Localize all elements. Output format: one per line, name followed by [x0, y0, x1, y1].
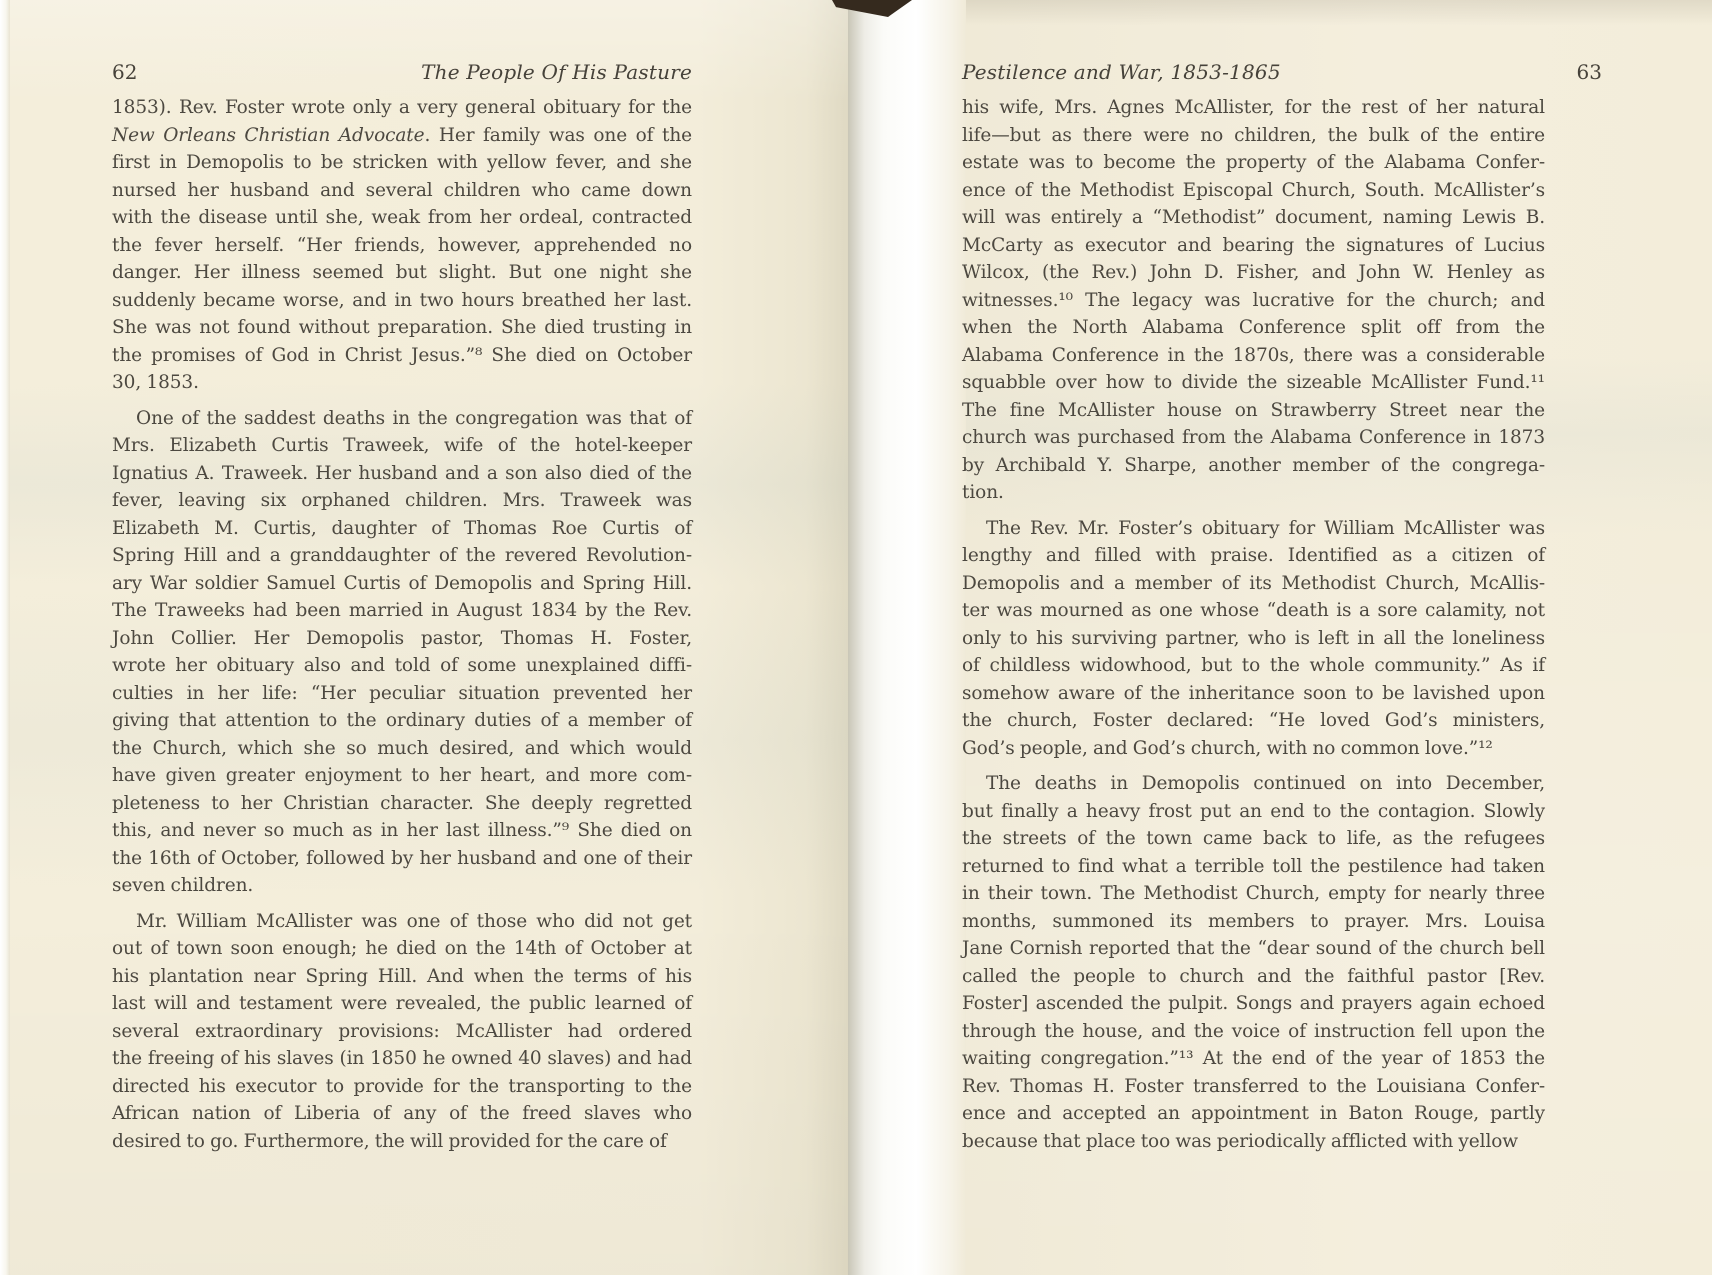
text-line: last will and testament were revealed, t… — [112, 990, 692, 1018]
text-segment: . Her family was one of the — [425, 125, 693, 146]
text-line: church was purchased from the Alabama Co… — [962, 424, 1545, 452]
book-title-italic: New Orleans Christian Advocate — [112, 125, 425, 146]
text-line: The fine McAllister house on Strawberry … — [962, 397, 1545, 425]
paragraph: Mr. William McAllister was one of those … — [112, 908, 692, 1156]
text-line: desired to go. Furthermore, the will pro… — [112, 1128, 692, 1156]
text-line: Wilcox, (the Rev.) John D. Fisher, and J… — [962, 259, 1545, 287]
text-line: Elizabeth M. Curtis, daughter of Thomas … — [112, 515, 692, 543]
text-line: John Collier. Her Demopolis pastor, Thom… — [112, 625, 692, 653]
text-line: by Archibald Y. Sharpe, another member o… — [962, 452, 1545, 480]
text-line: estate was to become the property of the… — [962, 149, 1545, 177]
text-line: The Rev. Mr. Foster’s obituary for Willi… — [962, 515, 1545, 543]
text-line: Ignatius A. Traweek. Her husband and a s… — [112, 460, 692, 488]
left-page: 62 The People Of His Pasture 1853). Rev.… — [10, 0, 848, 1275]
text-line: 1853). Rev. Foster wrote only a very gen… — [112, 94, 692, 122]
text-line: ter was mourned as one whose “death is a… — [962, 597, 1545, 625]
paragraph: 1853). Rev. Foster wrote only a very gen… — [112, 94, 692, 397]
text-line: of childless widowhood, but to the whole… — [962, 652, 1545, 680]
text-line: witnesses.¹⁰ The legacy was lucrative fo… — [962, 287, 1545, 315]
text-line: Spring Hill and a granddaughter of the r… — [112, 542, 692, 570]
text-line: the 16th of October, followed by her hus… — [112, 845, 692, 873]
text-line: the streets of the town came back to lif… — [962, 825, 1545, 853]
text-line: waiting congregation.”¹³ At the end of t… — [962, 1045, 1545, 1073]
text-line: She was not found without preparation. S… — [112, 314, 692, 342]
text-line: Foster] ascended the pulpit. Songs and p… — [962, 990, 1545, 1018]
text-line: ence and accepted an appointment in Bato… — [962, 1100, 1545, 1128]
book-gutter — [848, 0, 966, 1275]
paragraph: One of the saddest deaths in the congreg… — [112, 405, 692, 900]
text-line: pleteness to her Christian character. Sh… — [112, 790, 692, 818]
text-line: in their town. The Methodist Church, emp… — [962, 880, 1545, 908]
text-line: called the people to church and the fait… — [962, 963, 1545, 991]
right-page: Pestilence and War, 1853-1865 63 his wif… — [966, 0, 1712, 1275]
text-line: because that place too was periodically … — [962, 1128, 1545, 1156]
left-page-text: 1853). Rev. Foster wrote only a very gen… — [112, 94, 692, 1155]
text-line: McCarty as executor and bearing the sign… — [962, 232, 1545, 260]
text-line: Alabama Conference in the 1870s, there w… — [962, 342, 1545, 370]
text-line: this, and never so much as in her last i… — [112, 817, 692, 845]
text-line: New Orleans Christian Advocate. Her fami… — [112, 122, 692, 150]
text-line: life—but as there were no children, the … — [962, 122, 1545, 150]
text-line: when the North Alabama Conference split … — [962, 314, 1545, 342]
right-page-header: Pestilence and War, 1853-1865 63 — [962, 60, 1602, 84]
left-page-header: 62 The People Of His Pasture — [112, 60, 692, 84]
scan-edge — [0, 0, 10, 1275]
text-line: lengthy and filled with praise. Identifi… — [962, 542, 1545, 570]
text-line: first in Demopolis to be stricken with y… — [112, 149, 692, 177]
text-line: One of the saddest deaths in the congreg… — [112, 405, 692, 433]
text-line: but finally a heavy frost put an end to … — [962, 798, 1545, 826]
text-line: suddenly became worse, and in two hours … — [112, 287, 692, 315]
text-line: God’s people, and God’s church, with no … — [962, 735, 1545, 763]
text-line: directed his executor to provide for the… — [112, 1073, 692, 1101]
text-line: the promises of God in Christ Jesus.”⁸ S… — [112, 342, 692, 370]
text-line: returned to find what a terrible toll th… — [962, 853, 1545, 881]
text-line: the church, Foster declared: “He loved G… — [962, 707, 1545, 735]
text-line: seven children. — [112, 872, 692, 900]
page-number-left: 62 — [112, 60, 137, 84]
text-line: only to his surviving partner, who is le… — [962, 625, 1545, 653]
text-line: through the house, and the voice of inst… — [962, 1018, 1545, 1046]
text-line: out of town soon enough; he died on the … — [112, 935, 692, 963]
text-line: will was entirely a “Methodist” document… — [962, 204, 1545, 232]
text-line: somehow aware of the inheritance soon to… — [962, 680, 1545, 708]
text-line: have given greater enjoyment to her hear… — [112, 762, 692, 790]
text-line: Demopolis and a member of its Methodist … — [962, 570, 1545, 598]
text-line: Rev. Thomas H. Foster transferred to the… — [962, 1073, 1545, 1101]
text-line: nursed her husband and several children … — [112, 177, 692, 205]
text-line: wrote her obituary also and told of some… — [112, 652, 692, 680]
text-line: culties in her life: “Her peculiar situa… — [112, 680, 692, 708]
paragraph: The deaths in Demopolis continued on int… — [962, 770, 1545, 1155]
text-line: The Traweeks had been married in August … — [112, 597, 692, 625]
text-line: his plantation near Spring Hill. And whe… — [112, 963, 692, 991]
text-line: giving that attention to the ordinary du… — [112, 707, 692, 735]
text-line: tion. — [962, 479, 1545, 507]
right-page-text: his wife, Mrs. Agnes McAllister, for the… — [962, 94, 1545, 1155]
text-line: ence of the Methodist Episcopal Church, … — [962, 177, 1545, 205]
text-line: his wife, Mrs. Agnes McAllister, for the… — [962, 94, 1545, 122]
text-line: the freeing of his slaves (in 1850 he ow… — [112, 1045, 692, 1073]
page-number-right: 63 — [1577, 60, 1602, 84]
text-line: Mr. William McAllister was one of those … — [112, 908, 692, 936]
text-line: fever, leaving six orphaned children. Mr… — [112, 487, 692, 515]
text-line: Mrs. Elizabeth Curtis Traweek, wife of t… — [112, 432, 692, 460]
book-scan: 62 The People Of His Pasture 1853). Rev.… — [0, 0, 1712, 1275]
text-line: 30, 1853. — [112, 369, 692, 397]
text-line: squabble over how to divide the sizeable… — [962, 369, 1545, 397]
text-line: the fever herself. “Her friends, however… — [112, 232, 692, 260]
text-line: The deaths in Demopolis continued on int… — [962, 770, 1545, 798]
text-line: ary War soldier Samuel Curtis of Demopol… — [112, 570, 692, 598]
text-line: with the disease until she, weak from he… — [112, 204, 692, 232]
text-line: danger. Her illness seemed but slight. B… — [112, 259, 692, 287]
text-line: African nation of Liberia of any of the … — [112, 1100, 692, 1128]
text-line: several extraordinary provisions: McAlli… — [112, 1018, 692, 1046]
running-head-right: Pestilence and War, 1853-1865 — [962, 60, 1281, 84]
paragraph: The Rev. Mr. Foster’s obituary for Willi… — [962, 515, 1545, 763]
text-line: Jane Cornish reported that the “dear sou… — [962, 935, 1545, 963]
running-head-left: The People Of His Pasture — [421, 60, 692, 84]
paragraph: his wife, Mrs. Agnes McAllister, for the… — [962, 94, 1545, 507]
text-line: months, summoned its members to prayer. … — [962, 908, 1545, 936]
text-line: the Church, which she so much desired, a… — [112, 735, 692, 763]
